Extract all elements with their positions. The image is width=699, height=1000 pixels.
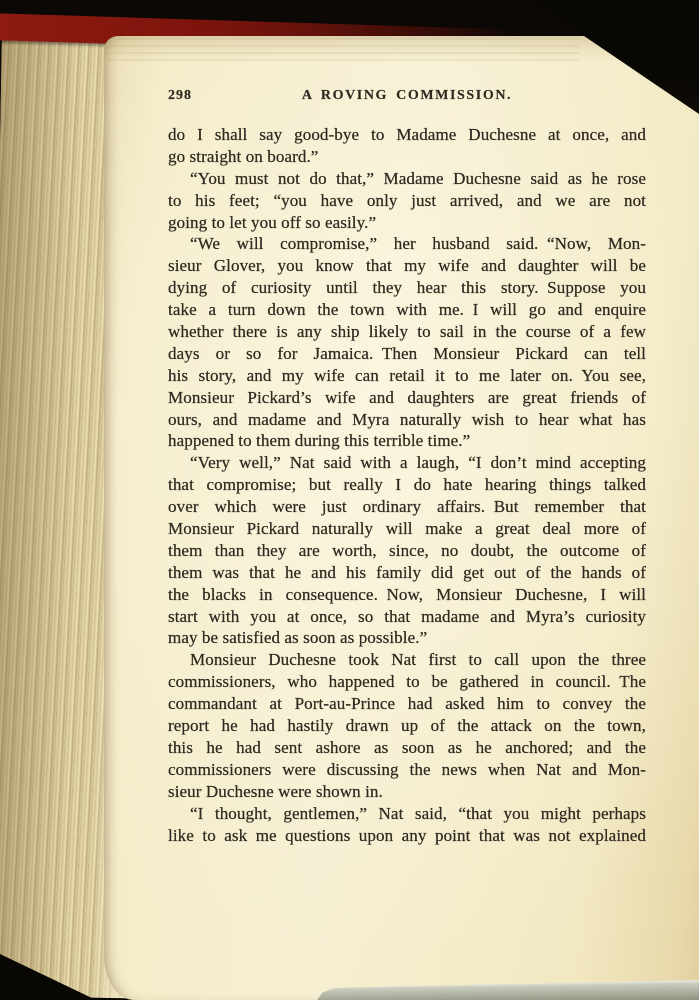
text-line: his story, and my wife can retail it to … <box>168 365 646 387</box>
text-line: start with you at once, so that madame a… <box>168 606 646 628</box>
text-line: go straight on board.” <box>168 146 646 168</box>
paragraph: do I shall say good-bye to Madame Duches… <box>168 124 646 168</box>
text-line: them than they are worth, since, no doub… <box>168 540 646 562</box>
body-text: do I shall say good-bye to Madame Duches… <box>168 124 646 846</box>
text-line: days or so for Jamaica. Then Monsieur Pi… <box>168 343 646 365</box>
paragraph: “Very well,” Nat said with a laugh, “I d… <box>168 452 646 649</box>
book-page: 298 A ROVING COMMISSION. do I shall say … <box>104 36 699 1000</box>
text-line: Monsieur Pickard’s wife and daughters ar… <box>168 387 646 409</box>
text-line: sieur Glover, you know that my wife and … <box>168 255 646 277</box>
text-line: happened to them during this terrible ti… <box>168 430 646 452</box>
text-line: them was that he and his family did get … <box>168 562 646 584</box>
text-line: that compromise; but really I do hate he… <box>168 474 646 496</box>
text-line: going to let you off so easily.” <box>168 212 646 234</box>
text-line: commissioners, who happened to be gather… <box>168 671 646 693</box>
text-line: take a turn down the town with me. I wil… <box>168 299 646 321</box>
text-line: over which were just ordinary affairs. B… <box>168 496 646 518</box>
text-line: “You must not do that,” Madame Duchesne … <box>168 168 646 190</box>
text-line: this he had sent ashore as soon as he an… <box>168 737 646 759</box>
running-title: A ROVING COMMISSION. <box>240 86 574 105</box>
text-line: Monsieur Duchesne took Nat first to call… <box>168 649 646 671</box>
text-line: sieur Duchesne were shown in. <box>168 781 646 803</box>
text-line: ours, and madame and Myra naturally wish… <box>168 409 646 431</box>
paragraph: Monsieur Duchesne took Nat first to call… <box>168 649 646 802</box>
text-line: may be satisfied as soon as possible.” <box>168 627 646 649</box>
page-content: 298 A ROVING COMMISSION. do I shall say … <box>168 86 646 846</box>
text-line: dying of curiosity until they hear this … <box>168 277 646 299</box>
text-line: commandant at Port-au-Prince had asked h… <box>168 693 646 715</box>
text-line: “Very well,” Nat said with a laugh, “I d… <box>168 452 646 474</box>
text-line: do I shall say good-bye to Madame Duches… <box>168 124 646 146</box>
text-line: whether there is any ship likely to sail… <box>168 321 646 343</box>
paragraph: “I thought, gentlemen,” Nat said, “that … <box>168 803 646 847</box>
text-line: “I thought, gentlemen,” Nat said, “that … <box>168 803 646 825</box>
text-line: report he had hastily drawn up of the at… <box>168 715 646 737</box>
paragraph: “You must not do that,” Madame Duchesne … <box>168 168 646 234</box>
paragraph: “We will compromise,” her husband said. … <box>168 233 646 452</box>
text-line: commissioners were discussing the news w… <box>168 759 646 781</box>
text-line: to his feet; “you have only just arrived… <box>168 190 646 212</box>
page-header: 298 A ROVING COMMISSION. <box>168 86 646 105</box>
text-line: “We will compromise,” her husband said. … <box>168 233 646 255</box>
text-line: Monsieur Pickard naturally will make a g… <box>168 518 646 540</box>
book-scan: 298 A ROVING COMMISSION. do I shall say … <box>0 0 699 1000</box>
text-line: like to ask me questions upon any point … <box>168 825 646 847</box>
page-number: 298 <box>168 86 240 105</box>
text-line: the blacks in consequence. Now, Monsieur… <box>168 584 646 606</box>
